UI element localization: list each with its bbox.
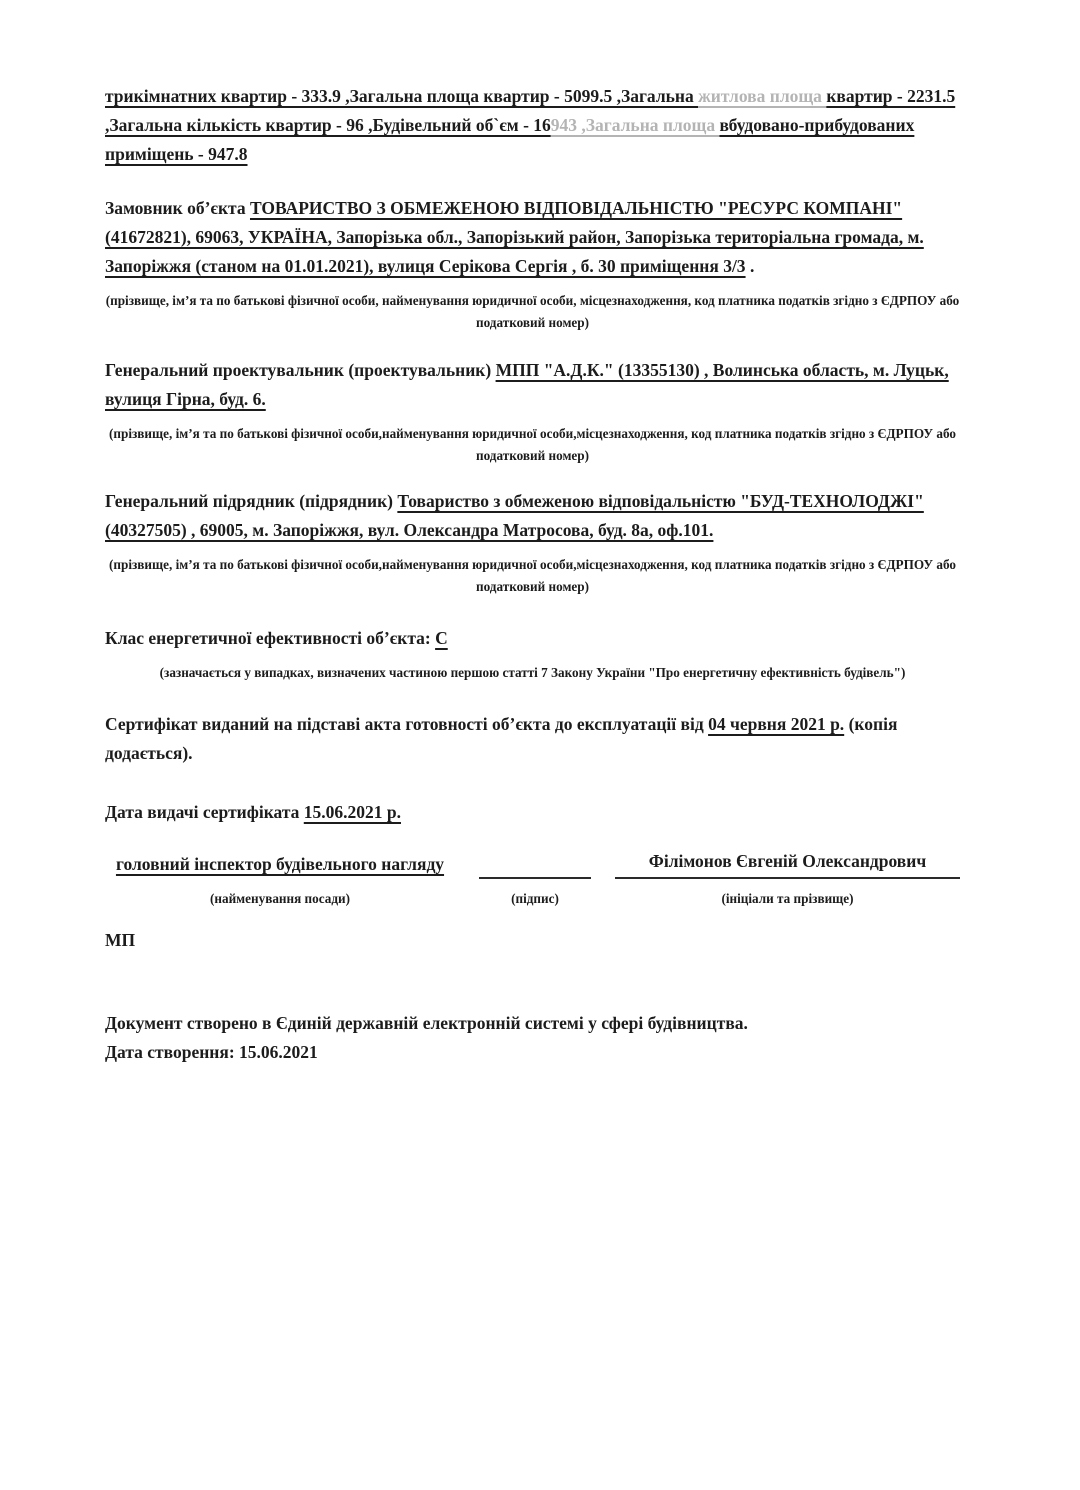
areas-segment-faded-2: 943 ,Загальна площа [551,115,720,135]
signature-position-title: головний інспектор будівельного нагляду [105,850,455,879]
issue-date-section: Дата видачі сертифіката 15.06.2021 р. [105,798,960,827]
issue-date-paragraph: Дата видачі сертифіката 15.06.2021 р. [105,798,960,827]
issue-date-label: Дата видачі сертифіката [105,802,304,822]
signature-sign-column: (підпис) [479,855,591,910]
signature-block: головний інспектор будівельного нагляду … [105,847,960,910]
contractor-label: Генеральний підрядник (підрядник) [105,491,397,511]
signature-position-column: головний інспектор будівельного нагляду … [105,850,455,910]
customer-trailing: . [746,256,755,276]
energy-class-label: Клас енергетичної ефективності об’єкта: [105,628,435,648]
certificate-page: трикімнатних квартир - 333.9 ,Загальна п… [0,0,1080,1490]
contractor-paragraph: Генеральний підрядник (підрядник) Товари… [105,487,960,545]
designer-section: Генеральний проектувальник (проектувальн… [105,356,960,467]
signature-sign-note: (підпис) [479,888,591,910]
document-footer: Документ створено в Єдиній державній еле… [105,1009,960,1067]
certificate-basis-paragraph: Сертифікат виданий на підставі акта гото… [105,710,960,768]
footer-creation-date: Дата створення: 15.06.2021 [105,1038,960,1067]
object-areas-paragraph: трикімнатних квартир - 333.9 ,Загальна п… [105,82,960,169]
signature-name: Філімонов Євгеній Олександрович [615,847,960,879]
footer-created-line: Документ створено в Єдиній державній еле… [105,1009,960,1038]
energy-class-section: Клас енергетичної ефективності об’єкта: … [105,624,960,684]
customer-label: Замовник об’єкта [105,198,250,218]
customer-note: (прізвище, ім’я та по батькові фізичної … [105,290,960,334]
signature-line [479,855,591,879]
certificate-basis-section: Сертифікат виданий на підставі акта гото… [105,710,960,768]
designer-label: Генеральний проектувальник (проектувальн… [105,360,496,380]
customer-section: Замовник об’єкта ТОВАРИСТВО З ОБМЕЖЕНОЮ … [105,194,960,334]
energy-class-note: (зазначається у випадках, визначених час… [105,662,960,684]
signature-name-note: (ініціали та прізвище) [615,888,960,910]
areas-segment-1: трикімнатних квартир - 333.9 ,Загальна п… [105,86,698,106]
signature-position-note: (найменування посади) [105,888,455,910]
stamp-placeholder: МП [105,926,960,955]
customer-paragraph: Замовник об’єкта ТОВАРИСТВО З ОБМЕЖЕНОЮ … [105,194,960,281]
energy-class-paragraph: Клас енергетичної ефективності об’єкта: … [105,624,960,653]
areas-segment-faded-1: житлова площа [698,86,826,106]
designer-paragraph: Генеральний проектувальник (проектувальн… [105,356,960,414]
designer-note: (прізвище, ім’я та по батькові фізичної … [105,423,960,467]
signature-name-column: Філімонов Євгеній Олександрович (ініціал… [615,847,960,910]
signature-position-text: головний інспектор будівельного нагляду [116,854,444,874]
certificate-basis-date: 04 червня 2021 р. [708,714,844,734]
contractor-section: Генеральний підрядник (підрядник) Товари… [105,487,960,598]
certificate-basis-label: Сертифікат виданий на підставі акта гото… [105,714,708,734]
contractor-note: (прізвище, ім’я та по батькові фізичної … [105,554,960,598]
energy-class-value: С [435,628,448,648]
issue-date-value: 15.06.2021 р. [304,802,401,822]
